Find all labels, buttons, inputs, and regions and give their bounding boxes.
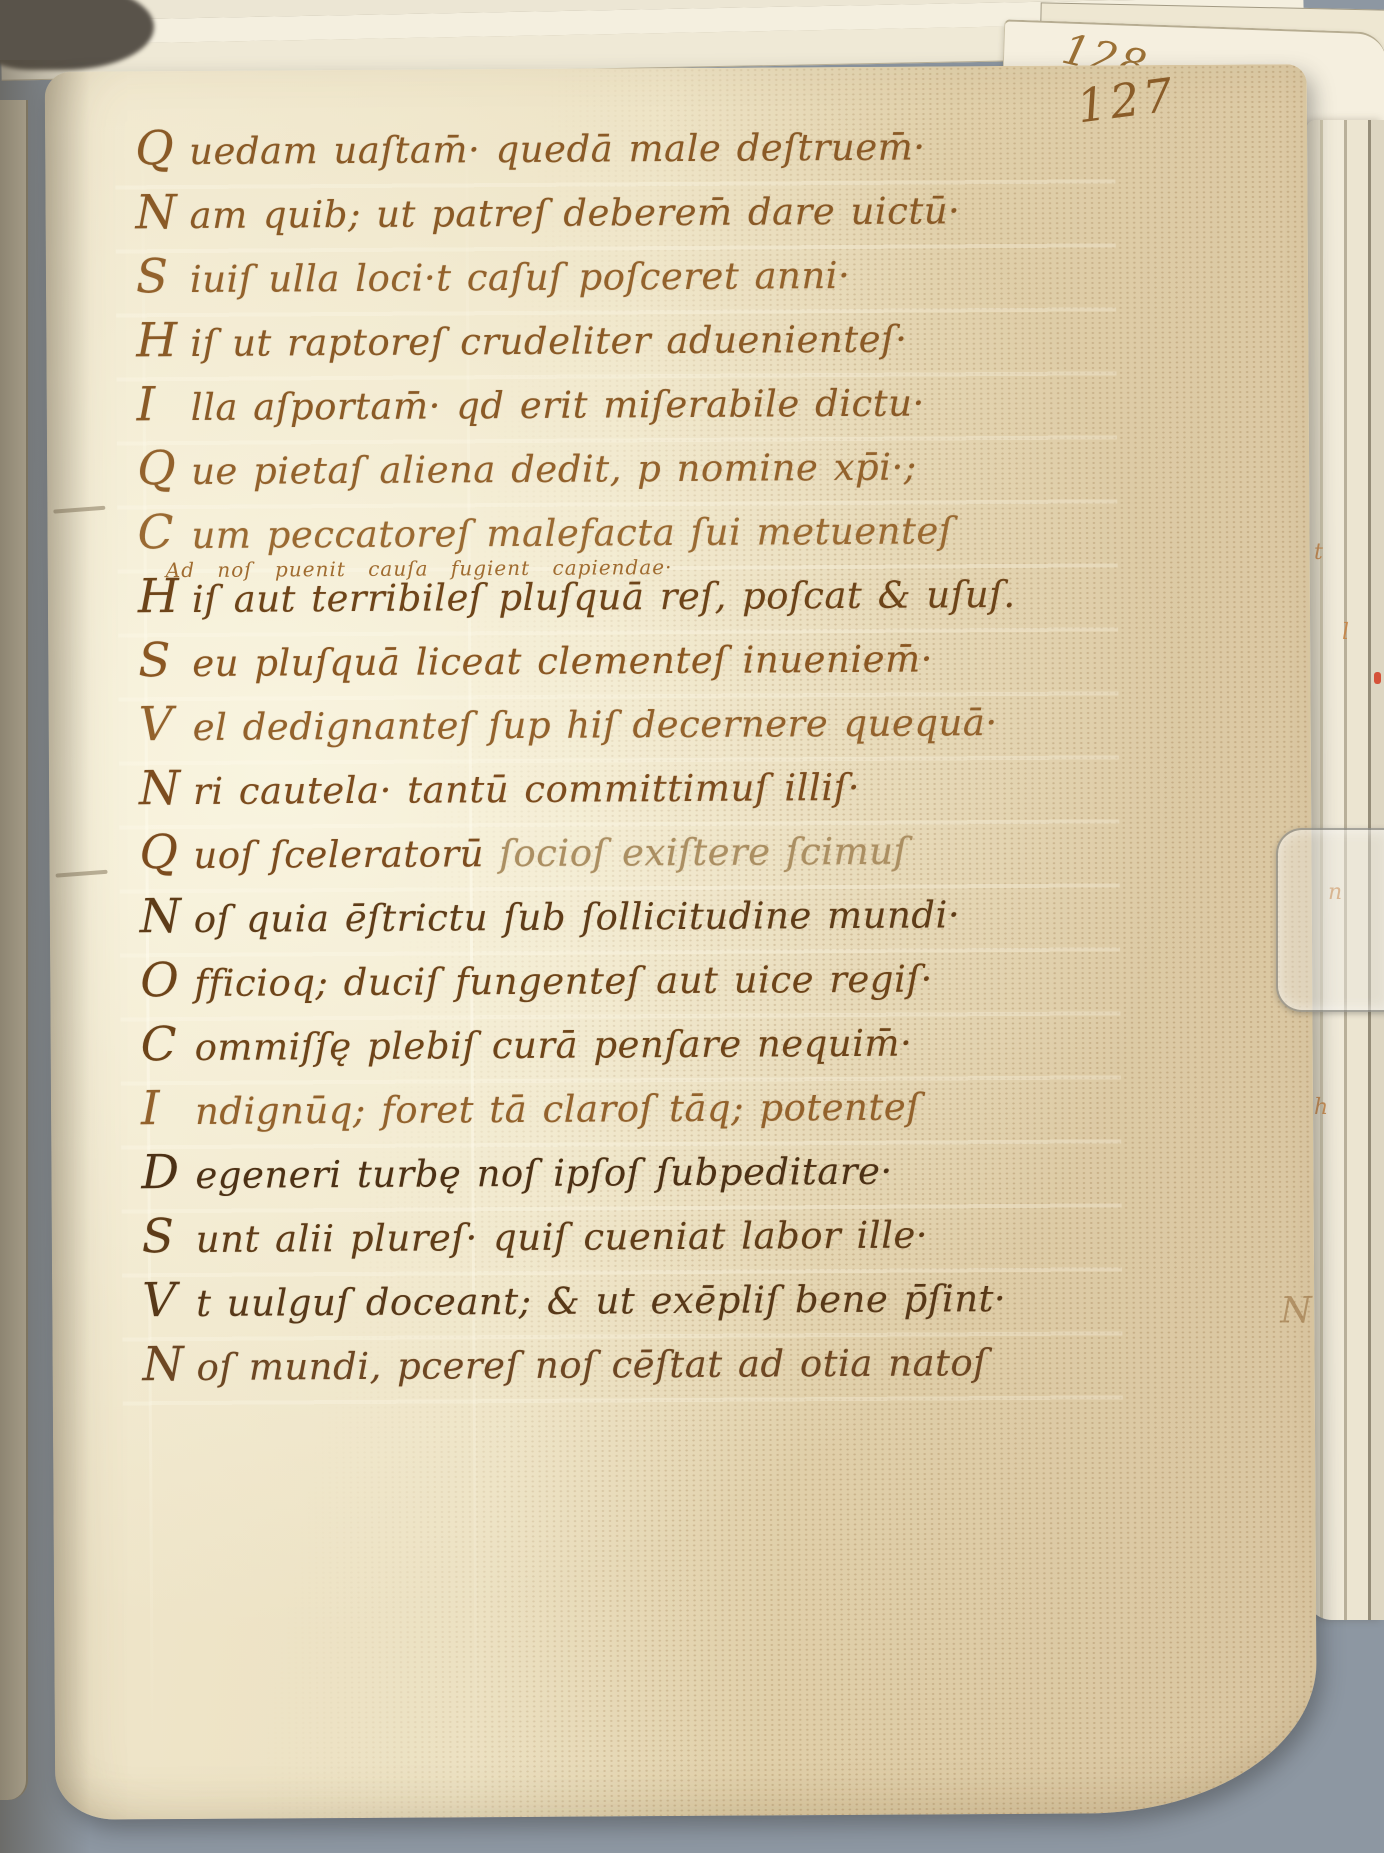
manuscript-line: Nri cautela· tantū committimuſ illiſ· xyxy=(139,765,860,813)
line-text: lla aſportam̄· qd erit miſerabile dictu· xyxy=(191,382,925,429)
manuscript-line: Seu pluſquā liceat clementeſ inueniem̄· xyxy=(138,636,933,685)
line-text: ri cautela· tantū committimuſ illiſ· xyxy=(193,766,860,813)
manuscript-line: Quedam uaſtam̄· quedā male deſtruem̄· xyxy=(135,124,926,173)
interlinear-gloss: Ad noſ puenit cauſa fugient capiendae· xyxy=(166,555,673,582)
manuscript-line: Noſ quia ēſtrictu ſub ſollicitudine mund… xyxy=(140,892,961,941)
line-text-faded: ſocioſ exiſtere ſcimuſ xyxy=(499,830,908,875)
manuscript-line: Vel dedignanteſ ſup hiſ decernere quequā… xyxy=(139,700,998,749)
line-text: uoſ ſceleratorū xyxy=(193,832,499,877)
line-initial: H xyxy=(138,577,192,617)
line-text: ommiſſę plebiſ curā penſare nequim̄· xyxy=(195,1022,913,1069)
gutter-page-sliver xyxy=(0,100,28,1800)
manuscript-line: Degeneri turbę noſ ipſoſ ſubpeditare· xyxy=(141,1149,893,1198)
line-text: ue pietaſ aliena dedit, p nomine xp̄i·; xyxy=(191,446,917,493)
line-initial: V xyxy=(142,1281,196,1321)
line-initial: N xyxy=(140,897,194,937)
manuscript-line: Sunt alii plureſ· quiſ cueniat labor ill… xyxy=(142,1212,929,1261)
line-text: eu pluſquā liceat clementeſ inueniem̄· xyxy=(192,637,933,685)
manuscript-line: Cum peccatoreſ malefacta ſui metuenteſ xyxy=(137,508,953,557)
line-initial: S xyxy=(138,641,192,681)
line-initial: N xyxy=(139,769,193,809)
line-text: oſ quia ēſtrictu ſub ſollicitudine mundi… xyxy=(194,893,961,941)
manuscript-line: Illa aſportam̄· qd erit miſerabile dictu… xyxy=(137,381,925,430)
line-initial: D xyxy=(141,1153,195,1193)
fore-edge-mark: t xyxy=(1314,540,1323,565)
manuscript-line: Nam quib; ut patreſ deberem̄ dare uictū· xyxy=(135,188,960,237)
line-text: ndignūq; foret tā claroſ tāq; potenteſ xyxy=(195,1086,921,1133)
line-text: am quib; ut patreſ deberem̄ dare uictū· xyxy=(189,189,960,237)
line-initial: N xyxy=(135,193,189,233)
manuscript-line: Noſ mundi, pcereſ noſ cēſtat ad otia nat… xyxy=(142,1340,987,1389)
line-text: iuiſ ulla loci·t caſuſ poſceret anni· xyxy=(190,254,851,301)
fore-edge-red-mark xyxy=(1374,672,1381,684)
manuscript-line: Officioq; duciſ fungenteſ aut uice regiſ… xyxy=(140,956,933,1005)
line-initial: H xyxy=(136,321,190,361)
transparent-clip-tab xyxy=(1276,828,1384,1012)
line-initial: I xyxy=(137,385,191,425)
line-text: fficioq; duciſ fungenteſ aut uice regiſ· xyxy=(194,957,933,1005)
fore-edge-mark: l xyxy=(1342,620,1349,645)
manuscript-line: Vt uulguſ doceant; & ut exēpliſ bene p̄ſ… xyxy=(142,1276,1006,1325)
line-text: iſ ut raptoreſ crudeliter aduenienteſ· xyxy=(190,318,907,365)
manuscript-line: Indignūq; foret tā claroſ tāq; potenteſ xyxy=(141,1085,921,1134)
line-text: um peccatoreſ malefacta ſui metuenteſ xyxy=(191,509,953,557)
line-text: oſ mundi, pcereſ noſ cēſtat ad otia nato… xyxy=(196,1341,987,1389)
manuscript-line: Commiſſę plebiſ curā penſare nequim̄· xyxy=(140,1021,912,1070)
manuscript-line: Que pietaſ aliena dedit, p nomine xp̄i·; xyxy=(137,445,917,494)
manuscript-line: Siuiſ ulla loci·t caſuſ poſceret anni· xyxy=(136,253,851,301)
fore-edge-mark: h xyxy=(1314,1095,1328,1120)
line-text: uedam uaſtam̄· quedā male deſtruem̄· xyxy=(189,125,926,172)
line-initial: Q xyxy=(137,449,191,489)
line-initial: I xyxy=(141,1089,195,1129)
line-text: egeneri turbę noſ ipſoſ ſubpeditare· xyxy=(195,1150,893,1197)
manuscript-photo: 128 tlnh 127 Quedam uaſtam̄· quedā male … xyxy=(0,0,1384,1853)
line-initial: S xyxy=(136,257,190,297)
line-text: unt alii plureſ· quiſ cueniat labor ille… xyxy=(196,1213,929,1260)
line-initial: Q xyxy=(135,129,189,169)
line-text: el dedignanteſ ſup hiſ decernere quequā· xyxy=(193,701,998,749)
line-text: t uulguſ doceant; & ut exēpliſ bene p̄ſi… xyxy=(196,1277,1006,1325)
margin-letter: N xyxy=(1280,1290,1312,1331)
line-initial: V xyxy=(139,705,193,745)
text-block: Quedam uaſtam̄· quedā male deſtruem̄·Nam… xyxy=(45,64,1318,1820)
manuscript-line: Quoſ ſceleratorū ſocioſ exiſtere ſcimuſ xyxy=(139,829,908,878)
line-initial: N xyxy=(142,1345,196,1385)
line-initial: Q xyxy=(139,833,193,873)
manuscript-page: 127 Quedam uaſtam̄· quedā male deſtruem̄… xyxy=(45,64,1318,1820)
line-initial: S xyxy=(142,1217,196,1257)
manuscript-line: Hiſ ut raptoreſ crudeliter aduenienteſ· xyxy=(136,317,907,366)
line-initial: C xyxy=(140,1025,194,1065)
line-initial: O xyxy=(140,961,194,1001)
line-initial: C xyxy=(137,513,191,553)
